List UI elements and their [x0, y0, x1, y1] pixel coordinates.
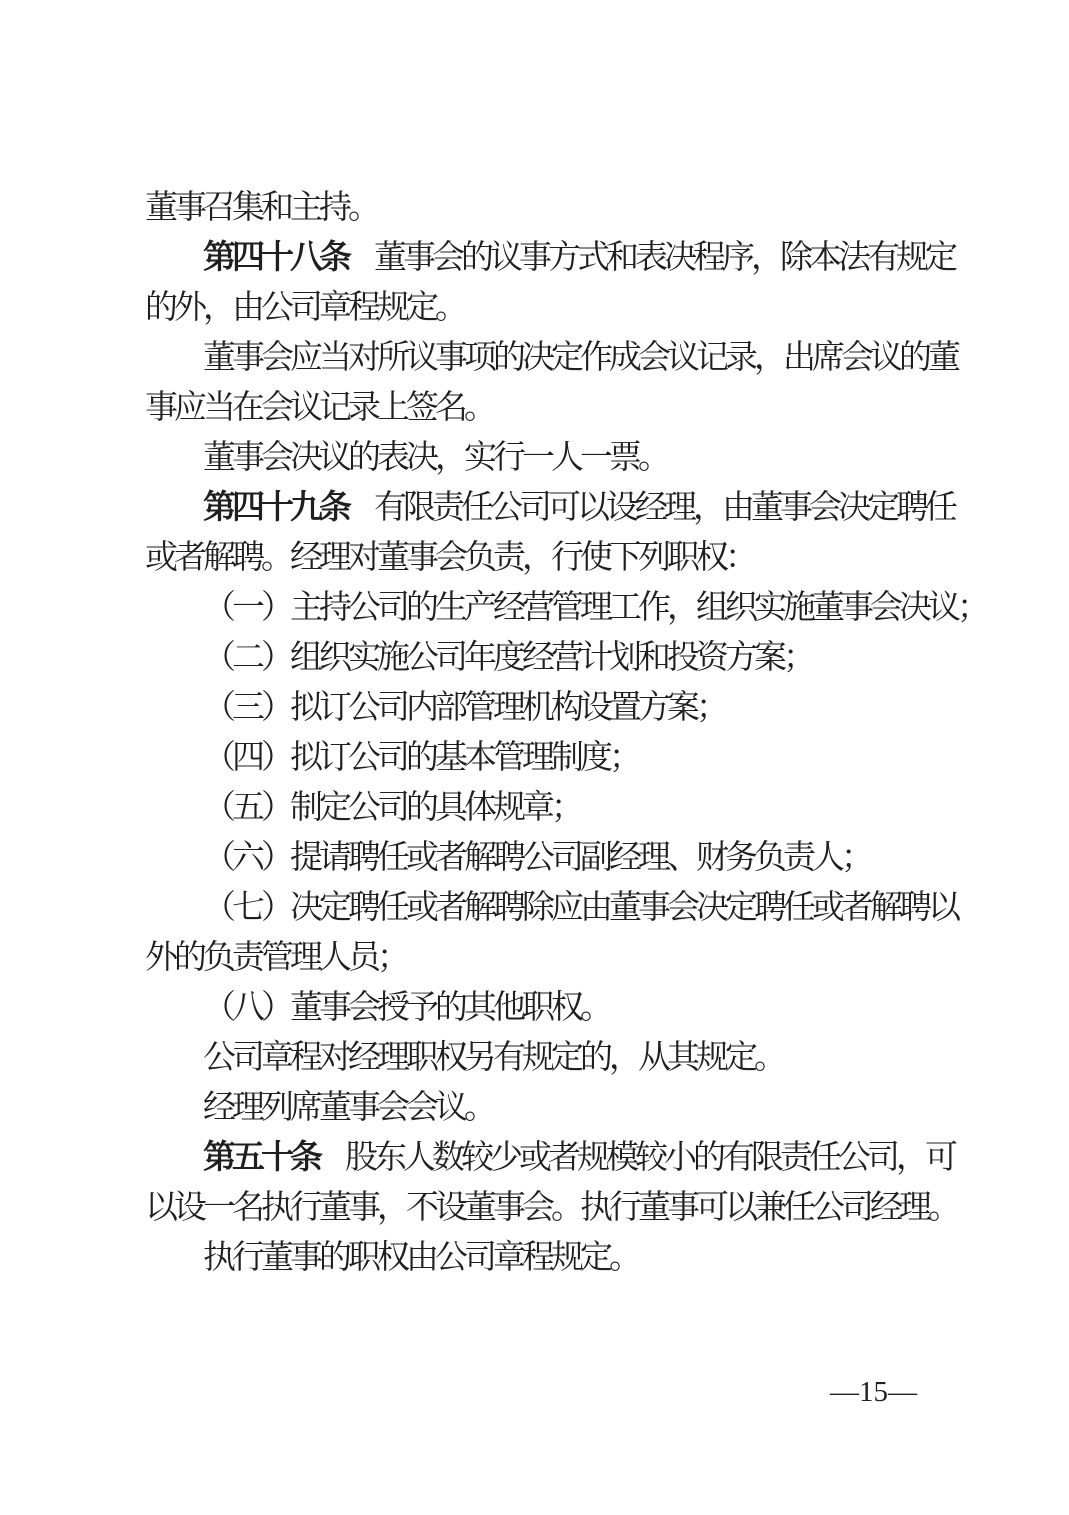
text-line: （五）制定公司的具体规章；	[145, 783, 1025, 833]
text-line: 第四十八条董事会的议事方式和表决程序，除本法有规定	[145, 233, 1025, 283]
text-line: （七）决定聘任或者解聘除应由董事会决定聘任或者解聘以	[145, 883, 1025, 933]
text-line: （八）董事会授予的其他职权。	[145, 983, 1025, 1033]
text-line: （三）拟订公司内部管理机构设置方案；	[145, 683, 1025, 733]
text-line: 执行董事的职权由公司章程规定。	[145, 1233, 1025, 1283]
text-line: 公司章程对经理职权另有规定的，从其规定。	[145, 1033, 1025, 1083]
article-number: 第四十八条	[203, 240, 348, 276]
article-text: 有限责任公司可以设经理，由董事会决定聘任	[374, 490, 954, 526]
text-line: 事应当在会议记录上签名。	[145, 383, 1025, 433]
text-line: 董事会应当对所议事项的决定作成会议记录，出席会议的董	[145, 333, 1025, 383]
article-text: 董事会的议事方式和表决程序，除本法有规定	[374, 240, 954, 276]
document-body: 董事召集和主持。 第四十八条董事会的议事方式和表决程序，除本法有规定 的外，由公…	[145, 183, 1025, 1283]
text-line: 第四十九条有限责任公司可以设经理，由董事会决定聘任	[145, 483, 1025, 533]
text-line: 外的负责管理人员；	[145, 933, 1025, 983]
text-line: 董事会决议的表决，实行一人一票。	[145, 433, 1025, 483]
text-line: （二）组织实施公司年度经营计划和投资方案；	[145, 633, 1025, 683]
text-line: 的外，由公司章程规定。	[145, 283, 1025, 333]
document-page: 董事召集和主持。 第四十八条董事会的议事方式和表决程序，除本法有规定 的外，由公…	[0, 0, 1069, 1515]
article-number: 第五十条	[203, 1140, 319, 1176]
text-line: （一）主持公司的生产经营管理工作，组织实施董事会决议；	[145, 583, 1025, 633]
text-line: （六）提请聘任或者解聘公司副经理、财务负责人；	[145, 833, 1025, 883]
article-text: 股东人数较少或者规模较小的有限责任公司，可	[345, 1140, 954, 1176]
text-line: 董事召集和主持。	[145, 183, 1025, 233]
article-number: 第四十九条	[203, 490, 348, 526]
text-line: （四）拟订公司的基本管理制度；	[145, 733, 1025, 783]
page-number: —15—	[830, 1376, 917, 1409]
text-line: 第五十条股东人数较少或者规模较小的有限责任公司，可	[145, 1133, 1025, 1183]
text-line: 经理列席董事会会议。	[145, 1083, 1025, 1133]
text-line: 以设一名执行董事，不设董事会。执行董事可以兼任公司经理。	[145, 1183, 1025, 1233]
text-line: 或者解聘。经理对董事会负责，行使下列职权：	[145, 533, 1025, 583]
